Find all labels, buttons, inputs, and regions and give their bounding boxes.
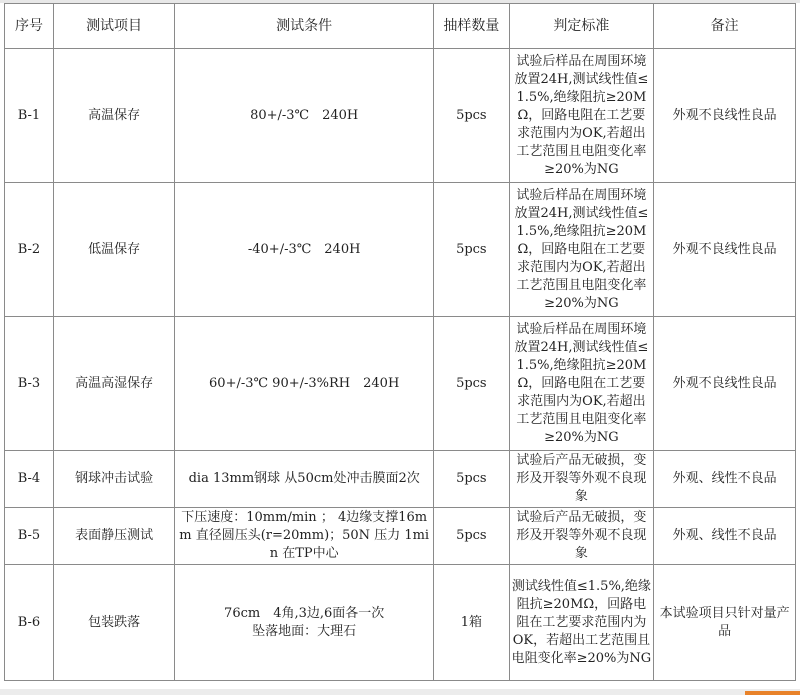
header-quantity: 抽样数量: [434, 4, 509, 49]
cell-criteria: 试验后样品在周围环境放置24H,测试线性值≤1.5%,绝缘阻抗≥20MΩ，回路电…: [509, 49, 654, 183]
cell-condition: 76cm 4角,3边,6面各一次 坠落地面：大理石: [175, 565, 434, 681]
cell-condition: -40+/-3℃ 240H: [175, 183, 434, 317]
cell-condition: 80+/-3℃ 240H: [175, 49, 434, 183]
header-condition: 测试条件: [175, 4, 434, 49]
header-note: 备注: [654, 4, 796, 49]
cell-item: 低温保存: [53, 183, 174, 317]
cell-quantity: 5pcs: [434, 451, 509, 508]
cell-criteria: 试验后样品在周围环境放置24H,测试线性值≤1.5%,绝缘阻抗≥20MΩ，回路电…: [509, 317, 654, 451]
cell-no: B-5: [5, 508, 54, 565]
bottom-margin: [0, 689, 800, 695]
table-row: B-3 高温高湿保存 60+/-3℃ 90+/-3%RH 240H 5pcs 试…: [5, 317, 796, 451]
cell-quantity: 5pcs: [434, 317, 509, 451]
cell-item: 高温高湿保存: [53, 317, 174, 451]
cell-criteria: 试验后样品在周围环境放置24H,测试线性值≤1.5%,绝缘阻抗≥20MΩ，回路电…: [509, 183, 654, 317]
cell-quantity: 5pcs: [434, 49, 509, 183]
cell-no: B-4: [5, 451, 54, 508]
cell-no: B-6: [5, 565, 54, 681]
header-no: 序号: [5, 4, 54, 49]
cell-note: 本试验项目只针对量产品: [654, 565, 796, 681]
cell-criteria: 试验后产品无破损，变形及开裂等外观不良现象: [509, 451, 654, 508]
cell-note: 外观不良线性良品: [654, 49, 796, 183]
condition-line: 坠落地面：大理石: [177, 623, 431, 641]
cell-condition: 下压速度：10mm/min ； 4边缘支撑16mm 直径圆压头(r=20mm)；…: [175, 508, 434, 565]
table-row: B-4 钢球冲击试验 dia 13mm钢球 从50cm处冲击膜面2次 5pcs …: [5, 451, 796, 508]
reliability-test-table: 序号 测试项目 测试条件 抽样数量 判定标准 备注 B-1 高温保存 80+/-…: [4, 3, 796, 681]
cell-note: 外观不良线性良品: [654, 183, 796, 317]
cell-note: 外观不良线性良品: [654, 317, 796, 451]
cell-quantity: 5pcs: [434, 183, 509, 317]
header-row: 序号 测试项目 测试条件 抽样数量 判定标准 备注: [5, 4, 796, 49]
condition-line: 76cm 4角,3边,6面各一次: [177, 605, 431, 623]
cell-item: 钢球冲击试验: [53, 451, 174, 508]
cell-item: 表面静压测试: [53, 508, 174, 565]
cell-note: 外观、线性不良品: [654, 508, 796, 565]
cell-no: B-2: [5, 183, 54, 317]
cell-criteria: 试验后产品无破损，变形及开裂等外观不良现象: [509, 508, 654, 565]
header-item: 测试项目: [53, 4, 174, 49]
cell-no: B-1: [5, 49, 54, 183]
table-row: B-1 高温保存 80+/-3℃ 240H 5pcs 试验后样品在周围环境放置2…: [5, 49, 796, 183]
header-criteria: 判定标准: [509, 4, 654, 49]
cell-quantity: 5pcs: [434, 508, 509, 565]
cell-item: 高温保存: [53, 49, 174, 183]
table-row: B-2 低温保存 -40+/-3℃ 240H 5pcs 试验后样品在周围环境放置…: [5, 183, 796, 317]
cell-item: 包装跌落: [53, 565, 174, 681]
page-accent-bar: [745, 691, 800, 695]
table-row: B-6 包装跌落 76cm 4角,3边,6面各一次 坠落地面：大理石 1箱 测试…: [5, 565, 796, 681]
cell-condition: dia 13mm钢球 从50cm处冲击膜面2次: [175, 451, 434, 508]
cell-condition: 60+/-3℃ 90+/-3%RH 240H: [175, 317, 434, 451]
cell-note: 外观、线性不良品: [654, 451, 796, 508]
table-row: B-5 表面静压测试 下压速度：10mm/min ； 4边缘支撑16mm 直径圆…: [5, 508, 796, 565]
cell-quantity: 1箱: [434, 565, 509, 681]
cell-no: B-3: [5, 317, 54, 451]
cell-criteria: 测试线性值≤1.5%,绝缘阻抗≥20MΩ，回路电阻在工艺要求范围内为OK，若超出…: [509, 565, 654, 681]
